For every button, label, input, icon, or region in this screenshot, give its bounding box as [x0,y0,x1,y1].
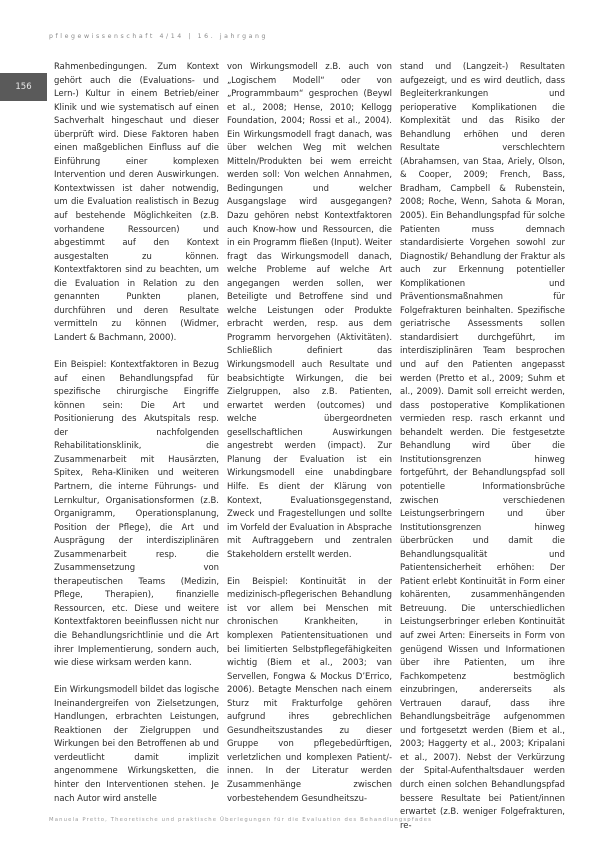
running-header: Pflegewissenschaft 4/14 | 16. Jahrgang [49,33,268,40]
running-footer: Manuela Pretto, Theoretische und praktis… [49,817,432,823]
paragraph: von Wirkungsmodell z.B. auch von „Logisc… [227,60,392,561]
text-column-1: Rahmenbedingungen. Zum Kontext gehört au… [54,60,219,819]
paragraph: Rahmenbedingungen. Zum Kontext gehört au… [54,60,219,344]
paragraph: Ein Beispiel: Kontinuität in der medizin… [227,575,392,805]
page-number: 156 [15,82,31,92]
page-number-box: 156 [0,73,47,101]
paragraph: stand und (Langzeit-) Resultaten aufgeze… [400,60,565,832]
text-column-3: stand und (Langzeit-) Resultaten aufgeze… [400,60,565,842]
paragraph: Ein Beispiel: Kontextfaktoren in Bezug a… [54,358,219,670]
paragraph: Ein Wirkungsmodell bildet das logische I… [54,683,219,805]
text-column-2: von Wirkungsmodell z.B. auch von „Logisc… [227,60,392,819]
